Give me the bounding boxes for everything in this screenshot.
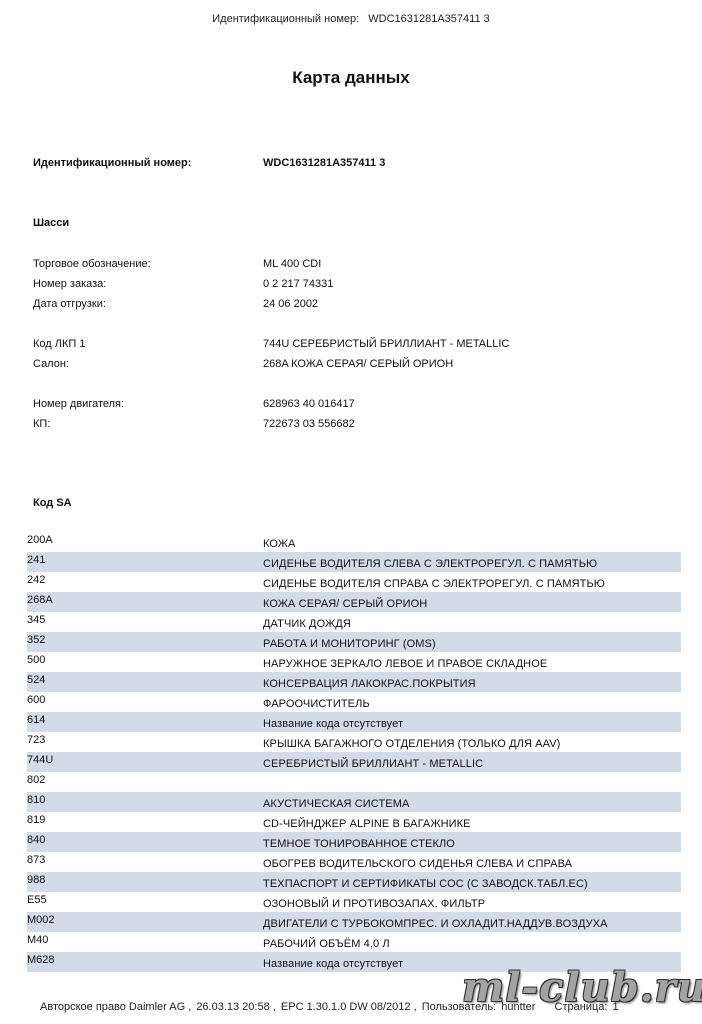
sa-code: 810 <box>27 794 45 807</box>
field-value: 628963 40 016417 <box>263 397 355 411</box>
watermark-logo: ml-club.ru <box>462 964 702 1011</box>
field-value: 722673 03 556682 <box>263 417 355 431</box>
sa-code: 873 <box>27 854 45 867</box>
field-value: 744U СЕРЕБРИСТЫЙ БРИЛЛИАНТ - METALLIC <box>263 337 509 351</box>
sa-description: СЕРЕБРИСТЫЙ БРИЛЛИАНТ - METALLIC <box>263 758 483 771</box>
chassis-heading: Шасси <box>33 217 69 229</box>
sa-code: 241 <box>27 554 45 567</box>
sa-codes-table: 200AКОЖА241СИДЕНЬЕ ВОДИТЕЛЯ СЛЕВА С ЭЛЕК… <box>27 532 681 972</box>
field-row-order-number: Номер заказа: 0 2 217 74331 <box>33 277 673 291</box>
field-value: 268A КОЖА СЕРАЯ/ СЕРЫЙ ОРИОН <box>263 357 453 371</box>
sa-code: 614 <box>27 714 45 727</box>
page-header: Идентификационный номер: WDC1631281A3574… <box>0 13 702 25</box>
sa-description: Название кода отсутствует <box>263 718 403 731</box>
field-label: Номер заказа: <box>33 277 106 291</box>
table-row: E55ОЗОНОВЫЙ И ПРОТИВОЗАПАХ. ФИЛЬТР <box>27 892 681 912</box>
sa-code: 524 <box>27 674 45 687</box>
table-row: M002ДВИГАТЕЛИ С ТУРБОКОМПРЕС. И ОХЛАДИТ.… <box>27 912 681 932</box>
table-row: 600ФАРООЧИСТИТЕЛЬ <box>27 692 681 712</box>
sa-codes-heading: Код SA <box>33 497 72 509</box>
table-row: 268AКОЖА СЕРАЯ/ СЕРЫЙ ОРИОН <box>27 592 681 612</box>
field-value: 24 06 2002 <box>263 297 318 311</box>
vin-value: WDC1631281A357411 3 <box>263 156 385 170</box>
sa-description: КОЖА СЕРАЯ/ СЕРЫЙ ОРИОН <box>263 598 427 611</box>
sa-description: ТЕМНОЕ ТОНИРОВАННОЕ СТЕКЛО <box>263 838 455 851</box>
field-value: ML 400 CDI <box>263 257 321 271</box>
field-row-transmission: КП: 722673 03 556682 <box>33 417 673 431</box>
vin-row: Идентификационный номер: WDC1631281A3574… <box>33 156 673 170</box>
sa-code: 802 <box>27 774 45 787</box>
field-row-trade-name: Торговое обозначение: ML 400 CDI <box>33 257 673 271</box>
field-label: Торговое обозначение: <box>33 257 151 271</box>
footer-datetime: 26.03.13 20:58 , <box>196 1001 276 1013</box>
field-label: Код ЛКП 1 <box>33 337 85 351</box>
table-row: 988ТЕХПАСПОРТ И СЕРТИФИКАТЫ СОС (С ЗАВОД… <box>27 872 681 892</box>
table-row: 873ОБОГРЕВ ВОДИТЕЛЬСКОГО СИДЕНЬЯ СЛЕВА И… <box>27 852 681 872</box>
field-row-paint-code: Код ЛКП 1 744U СЕРЕБРИСТЫЙ БРИЛЛИАНТ - M… <box>33 337 673 351</box>
sa-code: 242 <box>27 574 45 587</box>
sa-code: 988 <box>27 874 45 887</box>
footer-copyright: Авторское право Daimler AG , <box>40 1001 191 1013</box>
sa-code: M002 <box>27 914 55 927</box>
table-row: 200AКОЖА <box>27 532 681 552</box>
sa-description: ДАТЧИК ДОЖДЯ <box>263 618 351 631</box>
sa-description: АКУСТИЧЕСКАЯ СИСТЕМА <box>263 798 409 811</box>
field-row-interior: Салон: 268A КОЖА СЕРАЯ/ СЕРЫЙ ОРИОН <box>33 357 673 371</box>
sa-description: ОЗОНОВЫЙ И ПРОТИВОЗАПАХ. ФИЛЬТР <box>263 898 485 911</box>
header-vin-label: Идентификационный номер: <box>212 13 359 25</box>
table-row: 242СИДЕНЬЕ ВОДИТЕЛЯ СПРАВА С ЭЛЕКТРОРЕГУ… <box>27 572 681 592</box>
table-row: 614Название кода отсутствует <box>27 712 681 732</box>
sa-description: СИДЕНЬЕ ВОДИТЕЛЯ СПРАВА С ЭЛЕКТРОРЕГУЛ. … <box>263 578 605 591</box>
sa-code: M40 <box>27 934 48 947</box>
field-label: Дата отгрузки: <box>33 297 106 311</box>
table-row: 840ТЕМНОЕ ТОНИРОВАННОЕ СТЕКЛО <box>27 832 681 852</box>
sa-description: НАРУЖНОЕ ЗЕРКАЛО ЛЕВОЕ И ПРАВОЕ СКЛАДНОЕ <box>263 658 547 671</box>
table-row: 802 <box>27 772 681 792</box>
vin-label: Идентификационный номер: <box>33 156 191 170</box>
field-row-delivery-date: Дата отгрузки: 24 06 2002 <box>33 297 673 311</box>
page-title: Карта данных <box>0 68 702 88</box>
sa-description: РАБОТА И МОНИТОРИНГ (OMS) <box>263 638 436 651</box>
header-vin-value: WDC1631281A357411 3 <box>368 13 490 25</box>
sa-description: РАБОЧИЙ ОБЪЁМ 4,0 Л <box>263 938 390 951</box>
sa-description: ФАРООЧИСТИТЕЛЬ <box>263 698 370 711</box>
table-row: 241СИДЕНЬЕ ВОДИТЕЛЯ СЛЕВА С ЭЛЕКТРОРЕГУЛ… <box>27 552 681 572</box>
table-row: 744UСЕРЕБРИСТЫЙ БРИЛЛИАНТ - METALLIC <box>27 752 681 772</box>
table-row: 819CD-ЧЕЙНДЖЕР ALPINE В БАГАЖНИКЕ <box>27 812 681 832</box>
table-row: 524КОНСЕРВАЦИЯ ЛАКОКРАС.ПОКРЫТИЯ <box>27 672 681 692</box>
sa-code: 268A <box>27 594 53 607</box>
sa-code: 600 <box>27 694 45 707</box>
table-row: 352РАБОТА И МОНИТОРИНГ (OMS) <box>27 632 681 652</box>
table-row: 500НАРУЖНОЕ ЗЕРКАЛО ЛЕВОЕ И ПРАВОЕ СКЛАД… <box>27 652 681 672</box>
sa-description: ОБОГРЕВ ВОДИТЕЛЬСКОГО СИДЕНЬЯ СЛЕВА И СП… <box>263 858 572 871</box>
sa-description: КОЖА <box>263 538 296 551</box>
sa-code: M628 <box>27 954 55 967</box>
sa-code: 500 <box>27 654 45 667</box>
table-row: M40РАБОЧИЙ ОБЪЁМ 4,0 Л <box>27 932 681 952</box>
sa-description: СИДЕНЬЕ ВОДИТЕЛЯ СЛЕВА С ЭЛЕКТРОРЕГУЛ. С… <box>263 558 597 571</box>
sa-code: 200A <box>27 534 53 547</box>
footer-epc-version: EPC 1.30.1.0 DW 08/2012 , <box>281 1001 417 1013</box>
sa-code: 840 <box>27 834 45 847</box>
sa-code: 819 <box>27 814 45 827</box>
field-label: КП: <box>33 417 50 431</box>
field-label: Салон: <box>33 357 69 371</box>
sa-code: 352 <box>27 634 45 647</box>
table-row: 345ДАТЧИК ДОЖДЯ <box>27 612 681 632</box>
sa-code: 744U <box>27 754 53 767</box>
sa-code: E55 <box>27 894 47 907</box>
sa-description: Название кода отсутствует <box>263 958 403 971</box>
sa-description: CD-ЧЕЙНДЖЕР ALPINE В БАГАЖНИКЕ <box>263 818 471 831</box>
sa-code: 723 <box>27 734 45 747</box>
table-row: 723КРЫШКА БАГАЖНОГО ОТДЕЛЕНИЯ (ТОЛЬКО ДЛ… <box>27 732 681 752</box>
sa-description: КРЫШКА БАГАЖНОГО ОТДЕЛЕНИЯ (ТОЛЬКО ДЛЯ A… <box>263 738 560 751</box>
sa-description: ТЕХПАСПОРТ И СЕРТИФИКАТЫ СОС (С ЗАВОДСК.… <box>263 878 588 891</box>
sa-description: КОНСЕРВАЦИЯ ЛАКОКРАС.ПОКРЫТИЯ <box>263 678 476 691</box>
table-row: 810АКУСТИЧЕСКАЯ СИСТЕМА <box>27 792 681 812</box>
field-value: 0 2 217 74331 <box>263 277 333 291</box>
sa-code: 345 <box>27 614 45 627</box>
sa-description: ДВИГАТЕЛИ С ТУРБОКОМПРЕС. И ОХЛАДИТ.НАДД… <box>263 918 608 931</box>
field-row-engine-number: Номер двигателя: 628963 40 016417 <box>33 397 673 411</box>
field-label: Номер двигателя: <box>33 397 124 411</box>
